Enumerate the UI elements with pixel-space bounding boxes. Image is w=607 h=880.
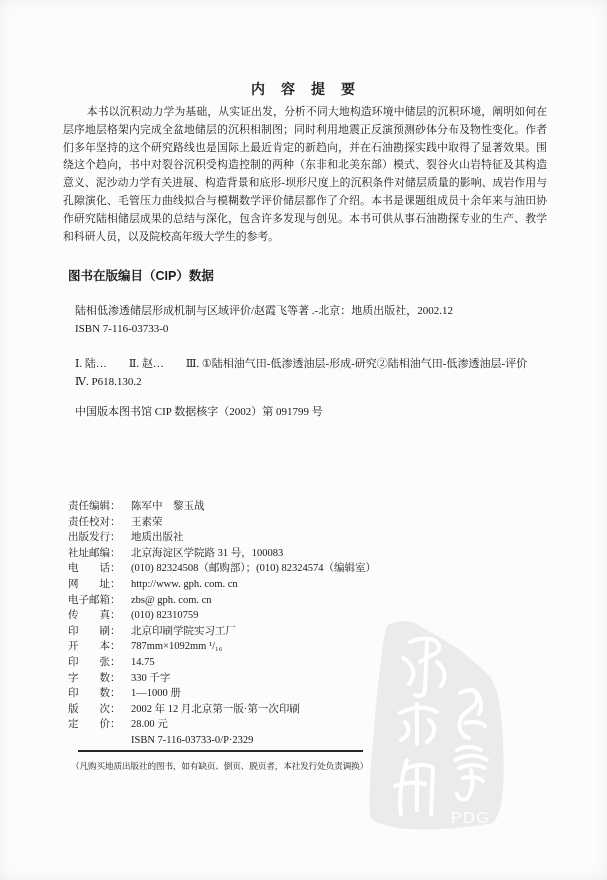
seal-stamp-graphic: PDG — [365, 618, 507, 833]
colophon-value: 1—1000 册 — [131, 686, 181, 702]
colophon-value: 北京印刷学院实习工厂 — [131, 624, 236, 640]
colophon-row: 责任编辑： 陈军中 黎玉战 — [68, 499, 508, 515]
colophon-label: 印 张： — [68, 655, 131, 671]
exchange-note: （凡购买地质出版社的图书，如有缺页、倒页、脱页者，本社发行处负责调换） — [71, 760, 368, 772]
cip-isbn: ISBN 7-116-03733-0 — [75, 323, 168, 335]
summary-body: 本书以沉积动力学为基础，从实证出发，分析不同大地构造环境中储层的沉积环境，阐明如… — [63, 104, 547, 246]
colophon-label: 电子邮箱： — [68, 593, 131, 609]
colophon-value: 地质出版社 — [131, 530, 184, 546]
seal-glyph-mid-left — [400, 704, 437, 744]
colophon-value: 330 千字 — [131, 671, 170, 687]
colophon-value: 787mm×1092mm ¹/₁₆ — [131, 639, 222, 655]
colophon-value: zbs@ gph. com. cn — [131, 593, 212, 609]
colophon-label: 社址邮编： — [68, 546, 131, 562]
colophon-label: 印 数： — [68, 686, 131, 702]
colophon-label: 网 址： — [68, 577, 131, 593]
colophon-label: 定 价： — [68, 717, 131, 733]
colophon-label: 开 本： — [68, 639, 131, 655]
cip-record-number: 中国版本图书馆 CIP 数据核字（2002）第 091799 号 — [75, 403, 323, 419]
colophon-row: 电 话： (010) 82324508（邮购部）；(010) 82324574（… — [68, 561, 508, 577]
colophon-value: (010) 82324508（邮购部）；(010) 82324574（编辑室） — [131, 561, 376, 577]
colophon-value: 14.75 — [131, 655, 155, 671]
colophon-row: 社址邮编： 北京海淀区学院路 31 号，100083 — [68, 546, 508, 562]
colophon-value: 28.00 元 — [131, 717, 168, 733]
summary-title: 内 容 提 要 — [0, 79, 607, 99]
colophon-label: 责任编辑： — [68, 499, 131, 515]
colophon-value: 北京海淀区学院路 31 号，100083 — [131, 546, 283, 562]
colophon-label: 版 次： — [68, 702, 131, 718]
cip-title-statement: 陆相低渗透储层形成机制与区域评价/赵霞飞等著 .-北京：地质出版社，2002.1… — [75, 302, 453, 318]
colophon-label: 传 真： — [68, 608, 131, 624]
colophon-value: (010) 82310759 — [131, 608, 198, 624]
divider-rule — [78, 750, 363, 752]
colophon-label: 电 话： — [68, 561, 131, 577]
colophon-row: 责任校对： 王素荣 — [68, 515, 508, 531]
pdg-watermark-stamp: PDG — [365, 618, 507, 833]
colophon-label: 字 数： — [68, 671, 131, 687]
colophon-label — [68, 733, 131, 749]
colophon-row: 电子邮箱： zbs@ gph. com. cn — [68, 593, 508, 609]
colophon-value: 2002 年 12 月北京第一版·第一次印刷 — [131, 702, 300, 718]
colophon-label: 印 刷： — [68, 624, 131, 640]
colophon-value: 陈军中 黎玉战 — [131, 499, 205, 515]
colophon-value: http://www. gph. com. cn — [131, 577, 238, 593]
cip-heading: 图书在版编目（CIP）数据 — [68, 266, 214, 284]
colophon-value: 王素荣 — [131, 515, 163, 531]
colophon-label: 责任校对： — [68, 515, 131, 531]
colophon-value: ISBN 7-116-03733-0/P·2329 — [131, 733, 253, 749]
book-copyright-page: 内 容 提 要 本书以沉积动力学为基础，从实证出发，分析不同大地构造环境中储层的… — [0, 0, 607, 880]
colophon-row: 网 址： http://www. gph. com. cn — [68, 577, 508, 593]
cip-classification-2: Ⅳ. P618.130.2 — [75, 375, 142, 388]
colophon-row: 出版发行： 地质出版社 — [68, 530, 508, 546]
pdg-label: PDG — [451, 810, 490, 827]
cip-classification-1: Ⅰ. 陆… Ⅱ. 赵… Ⅲ. ①陆相油气田-低渗透油层-形成-研究②陆相油气田-… — [75, 355, 527, 371]
colophon-label: 出版发行： — [68, 530, 131, 546]
